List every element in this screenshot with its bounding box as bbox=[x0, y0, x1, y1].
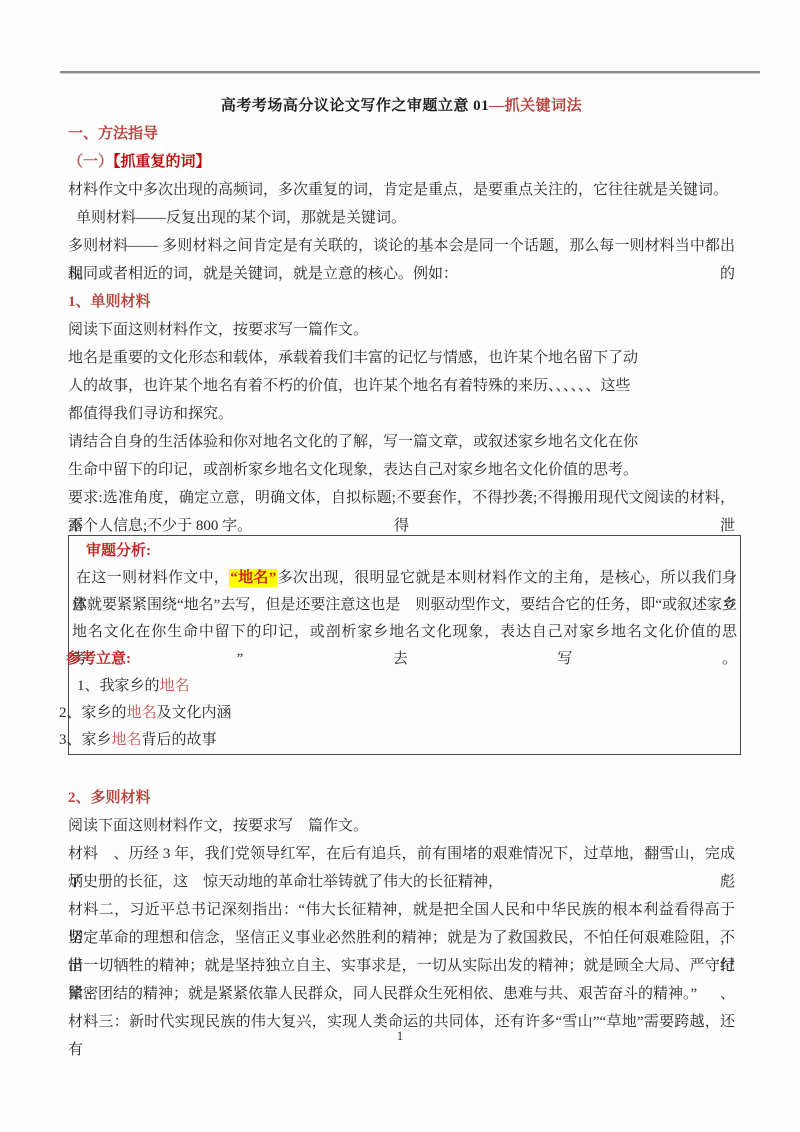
document-page: 高考考场高分议论文写作之审题立意 01—抓关键词法 一、方法指导 （一）【抓重复… bbox=[0, 0, 800, 1132]
reference-idea-3-rest: 背后的故事 bbox=[142, 732, 217, 748]
page-number: 1 bbox=[0, 1028, 800, 1044]
single-material-line-3: 人的故事，也许某个地名有着不朽的价值，也许某个地名有着特殊的来历、、、、、、这些 bbox=[68, 372, 735, 400]
analysis-box-title: 审题分析: bbox=[69, 538, 740, 565]
section-heading-method: 一、方法指导 bbox=[68, 120, 735, 148]
multi-material-line-6: 紧密团结的精神；就是紧紧依靠人民群众，同人民群众生死相依、患难与共、艰苦奋斗的精… bbox=[68, 980, 735, 1008]
keyword-place-name: 地名 bbox=[112, 732, 142, 748]
single-material-line-4: 都值得我们寻访和探究。 bbox=[68, 400, 735, 428]
multi-material-line-5: 出一切牺牲的精神；就是坚持独立自主、实事求是，一切从实际出发的精神；就是顾全大局… bbox=[68, 952, 735, 980]
multi-material-line-1: 材料 、历经 3 年，我们党领导红军，在后有追兵，前有围堵的艰难情况下，过草地，… bbox=[68, 840, 735, 868]
intro-line-1: 材料作文中多次出现的高频词，多次重复的词，肯定是重点，是要重点关注的，它往往就是… bbox=[68, 176, 735, 204]
keyword-place-name: 地名 bbox=[160, 678, 190, 694]
analysis-box: 审题分析: 在这一则材料作文中，“地名”多次出现，很明显它就是本则材料作文的主角… bbox=[68, 535, 741, 755]
keyword-place-name: 地名 bbox=[127, 705, 157, 721]
multi-material-line-0: 阅读下面这则材料作文，按要求写 篇作文。 bbox=[68, 812, 735, 840]
intro-line-3: 多则材料—— 多则材料之间肯定是有关联的，谈论的基本会是同一个话题，那么每一则材… bbox=[68, 232, 735, 260]
intro-line-2: 单则材料——反复出现的某个词，那就是关键词。 bbox=[68, 204, 735, 232]
single-material-line-1: 阅读下面这则材料作文，按要求写一篇作文。 bbox=[68, 316, 735, 344]
analysis-line-1-pre: 在这一则材料作文中， bbox=[76, 570, 229, 586]
single-material-line-2: 地名是重要的文化形态和载体，承载着我们丰富的记忆与情感，也许某个地名留下了动 bbox=[68, 344, 735, 372]
reference-idea-2-text: 2、家乡的 bbox=[59, 705, 127, 721]
heading-multi-material: 2、多则材料 bbox=[68, 784, 735, 812]
multi-material-line-4: 坚定革命的理想和信念，坚信正义事业必然胜利的精神；就是为了救国救民，不怕任何艰难… bbox=[68, 924, 735, 952]
single-material-line-7: 要求:选准角度，确定立意，明确文体，自拟标题;不要套作，不得抄袭;不得搬用现代文… bbox=[68, 484, 735, 512]
analysis-line-2: 意就要紧紧围绕“地名”去写，但是还要注意这也是 则驱动型作文，要结合它的任务，即… bbox=[69, 592, 740, 619]
analysis-line-3: 地名文化在你生命中留下的印记，或剖析家乡地名文化现象，表达自己对家乡地名文化价值… bbox=[69, 619, 740, 646]
reference-idea-3-text: 3、家乡 bbox=[59, 732, 112, 748]
document-body: 一、方法指导 （一）【抓重复的词】 材料作文中多次出现的高频词，多次重复的词，肯… bbox=[68, 120, 735, 1036]
header-rule bbox=[60, 71, 760, 74]
reference-idea-1-text: 1、我家乡的 bbox=[77, 678, 160, 694]
subsection-number: （一） bbox=[68, 154, 113, 170]
page-title-main: 高考考场高分议论文写作之审题立意 01 bbox=[221, 98, 489, 114]
reference-idea-2: 2、家乡的地名及文化内涵 bbox=[56, 700, 740, 727]
reference-idea-1: 1、我家乡的地名 bbox=[69, 673, 740, 700]
subsection-heading-repeated-words: （一）【抓重复的词】 bbox=[68, 148, 735, 176]
subsection-bracket-title: 【抓重复的词】 bbox=[113, 154, 211, 170]
single-material-line-5: 请结合自身的生活体验和你对地名文化的了解，写一篇文章，或叙述家乡地名文化在你 bbox=[68, 428, 735, 456]
analysis-line-1: 在这一则材料作文中，“地名”多次出现，很明显它就是本则材料作文的主角，是核心，所… bbox=[69, 565, 740, 592]
single-material-line-6: 生命中留下的印记，或剖析家乡地名文化现象，表达自己对家乡地名文化价值的思考。 bbox=[68, 456, 735, 484]
heading-single-material: 1、单则材料 bbox=[68, 288, 735, 316]
multi-material-line-3: 材料二，习近平总书记深刻指出：“伟大长征精神，就是把全国人民和中华民族的根本利益… bbox=[68, 896, 735, 924]
page-title-keyword: —抓关键词法 bbox=[489, 98, 582, 114]
highlighted-keyword: “地名” bbox=[229, 569, 277, 587]
page-title: 高考考场高分议论文写作之审题立意 01—抓关键词法 bbox=[68, 92, 735, 120]
reference-idea-2-rest: 及文化内涵 bbox=[157, 705, 232, 721]
reference-idea-3: 3、家乡地名背后的故事 bbox=[56, 727, 740, 754]
